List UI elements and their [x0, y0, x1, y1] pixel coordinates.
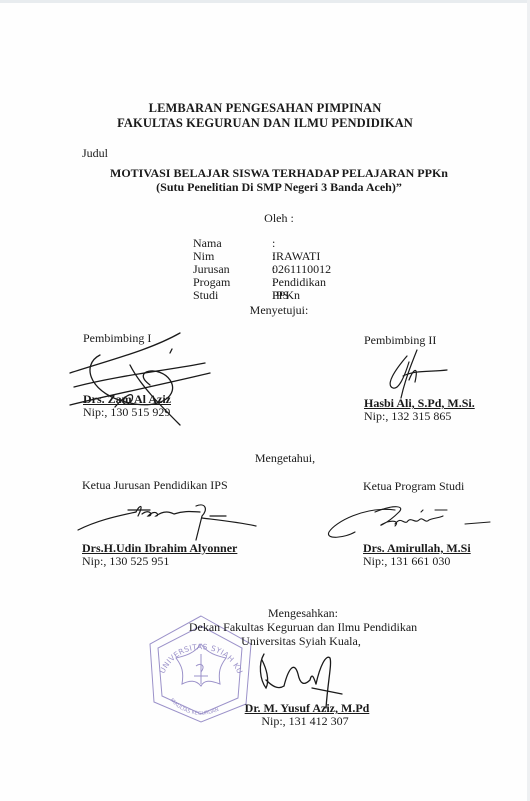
pembimbing-2-role: Pembimbing II: [364, 333, 436, 348]
ketua-jurusan-signature: [78, 502, 258, 542]
ketua-prodi-signature: [325, 502, 495, 542]
document-page: LEMBARAN PENGESAHAN PIMPINAN FAKULTAS KE…: [0, 0, 530, 801]
info-value: : PPKn: [272, 276, 300, 302]
mengetahui-label: Mengetahui,: [0, 451, 530, 466]
oleh-label: Oleh :: [0, 211, 530, 226]
ketua-prodi-role: Ketua Program Studi: [363, 479, 464, 494]
header-line-2: FAKULTAS KEGURUAN DAN ILMU PENDIDIKAN: [0, 116, 530, 131]
pembimbing-1-nip: Nip:, 130 515 929: [83, 405, 170, 420]
menyetujui-label: Menyetujui:: [0, 303, 530, 318]
dekan-line-2: Universitas Syiah Kuala,: [0, 634, 530, 649]
ketua-jurusan-role: Ketua Jurusan Pendidikan IPS: [82, 478, 228, 493]
header-line-1: LEMBARAN PENGESAHAN PIMPINAN: [0, 101, 530, 116]
pembimbing-2-signature: [385, 350, 465, 400]
dekan-nip: Nip:, 131 412 307: [0, 714, 530, 729]
pembimbing-2-nip: Nip:, 132 315 865: [364, 409, 451, 424]
ketua-prodi-nip: Nip:, 131 661 030: [363, 554, 450, 569]
ketua-jurusan-nip: Nip:, 130 525 951: [82, 554, 169, 569]
thesis-title-line-2: (Sutu Penelitian Di SMP Negeri 3 Banda A…: [0, 180, 530, 195]
mengesahkan-label: Mengesahkan:: [0, 606, 530, 621]
thesis-title-line-1: MOTIVASI BELAJAR SISWA TERHADAP PELAJARA…: [0, 166, 530, 181]
scan-edge-top: [0, 0, 530, 3]
judul-label: Judul: [82, 146, 108, 161]
info-label: Progam Studi: [193, 276, 230, 302]
dekan-line-1: Dekan Fakultas Keguruan dan Ilmu Pendidi…: [0, 620, 530, 635]
